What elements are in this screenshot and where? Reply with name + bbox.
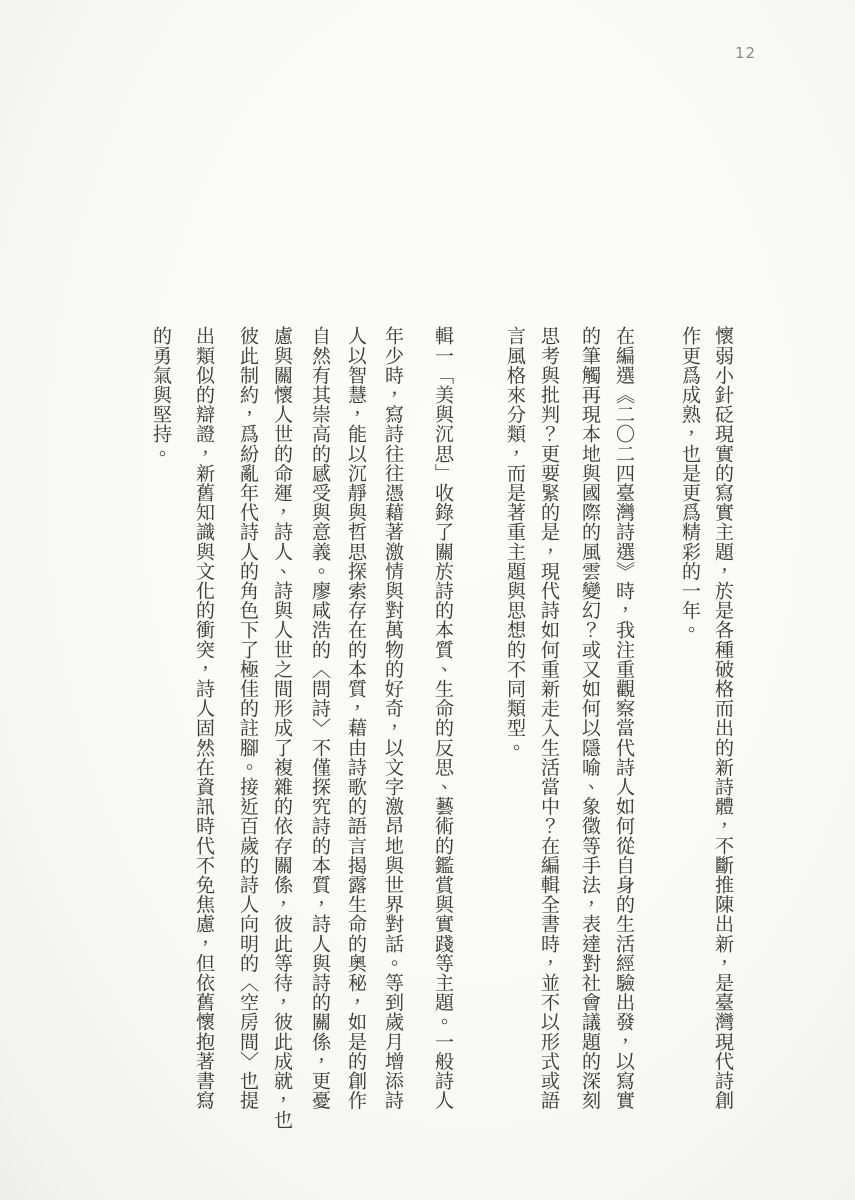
text-column-8: 年少時，寫詩往往憑藉著激情與對萬物的好奇，以文字激昂地與世界對話。等到歲月增添詩 [381, 326, 405, 1110]
vertical-text-block: 懷弱小針砭現實的寫實主題，於是各種破格而出的新詩體，不斷推陳出新，是臺灣現代詩創… [0, 326, 735, 1156]
text-column-6: 言風格來分類，而是著重主題與思想的不同類型。 [503, 326, 527, 757]
text-column-14: 的勇氣與堅持。 [149, 326, 173, 463]
text-column-13: 出類似的辯證，新舊知識與文化的衝突，詩人固然在資訊時代不免焦慮，但依舊懷抱著書寫 [192, 326, 216, 1110]
text-column-4: 的筆觸再現本地與國際的風雲變幻？或又如何以隱喻、象徵等手法，表達對社會議題的深刻 [578, 326, 602, 1110]
text-column-10: 自然有其崇高的感受與意義。廖咸浩的〈問詩〉不僅探究詩的本質，詩人與詩的關係，更憂 [308, 326, 332, 1110]
book-page-scan: 12 懷弱小針砭現實的寫實主題，於是各種破格而出的新詩體，不斷推陳出新，是臺灣現… [0, 0, 855, 1200]
text-column-1: 懷弱小針砭現實的寫實主題，於是各種破格而出的新詩體，不斷推陳出新，是臺灣現代詩創 [711, 326, 735, 1110]
text-column-3: 在編選《二〇二四臺灣詩選》時，我注重觀察當代詩人如何從自身的生活經驗出發，以寫實 [612, 326, 636, 1110]
text-column-11: 慮與關懷人世的命運，詩人、詩與人世之間形成了複雜的依存關係，彼此等待，彼此成就，… [270, 326, 294, 1130]
text-column-12: 彼此制約，爲紛亂年代詩人的角色下了極佳的註腳。接近百歲的詩人向明的〈空房間〉也提 [236, 326, 260, 1110]
text-column-2: 作更爲成熟，也是更爲精彩的一年。 [678, 326, 702, 640]
page-number: 12 [735, 44, 756, 62]
text-column-5: 思考與批判？更要緊的是，現代詩如何重新走入生活當中？在編輯全書時，並不以形式或語 [537, 326, 561, 1110]
text-column-7: 輯一「美與沉思」收錄了關於詩的本質、生命的反思、藝術的鑑賞與實踐等主題。一般詩人 [431, 326, 455, 1110]
text-column-9: 人以智慧，能以沉靜與哲思探索存在的本質，藉由詩歌的語言揭露生命的奧秘，如是的創作 [344, 326, 368, 1110]
